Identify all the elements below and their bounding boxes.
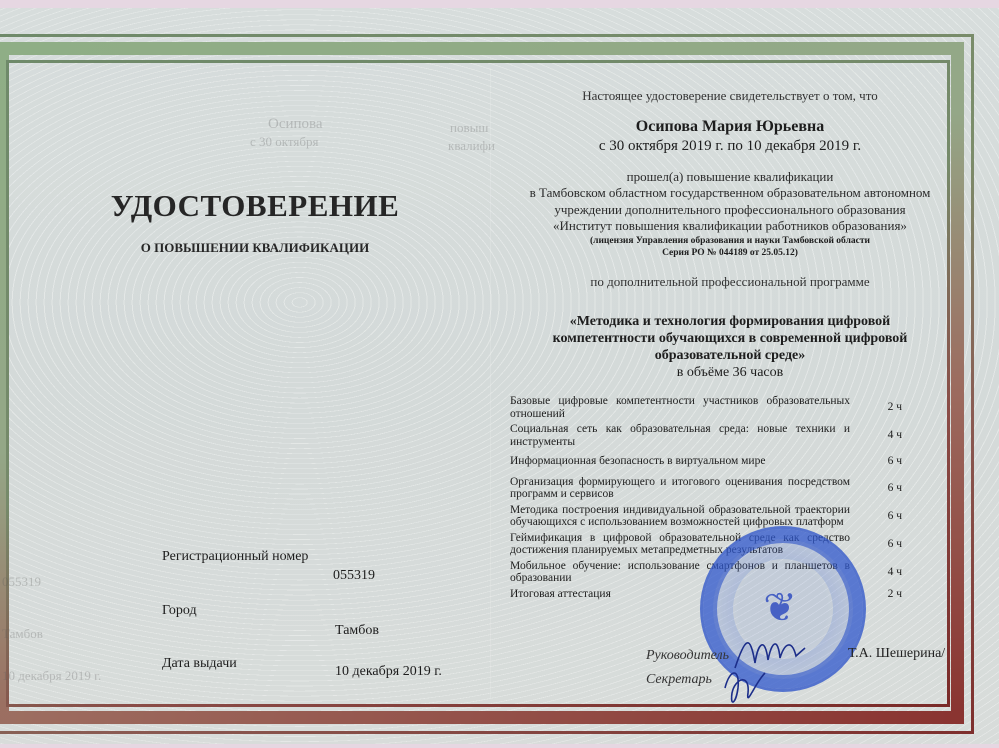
module-name: Социальная сеть как образовательная сред… <box>510 423 850 448</box>
module-hours: 4 ч <box>862 566 910 579</box>
ghost-text: Тамбов <box>2 626 43 642</box>
training-dates: с 30 октября 2019 г. по 10 декабря 2019 … <box>520 138 940 155</box>
registration-label: Регистрационный номер <box>162 549 308 565</box>
ghost-text: квалифи <box>448 138 495 154</box>
module-row: Организация формирующего и итогового оце… <box>510 476 910 501</box>
intro-text: Настоящее удостоверение свидетельствует … <box>520 88 940 104</box>
issue-date-label: Дата выдачи <box>162 656 237 672</box>
city-value: Тамбов <box>335 623 379 639</box>
program-volume: в объёме 36 часов <box>520 365 940 381</box>
module-name: Методика построения индивидуальной образ… <box>510 504 850 529</box>
institution-block: прошел(а) повышение квалификации в Тамбо… <box>480 169 980 235</box>
recipient-name: Осипова Мария Юрьевна <box>520 118 940 136</box>
module-hours: 4 ч <box>862 429 910 442</box>
page-fold <box>490 68 491 698</box>
city-label: Город <box>162 603 197 619</box>
module-hours: 2 ч <box>862 401 910 414</box>
certificate-subtitle: О ПОВЫШЕНИИ КВАЛИФИКАЦИИ <box>100 240 410 256</box>
module-hours: 6 ч <box>862 538 910 551</box>
ghost-text: 10 декабря 2019 г. <box>2 668 101 684</box>
module-row: Базовые цифровые компетентности участник… <box>510 395 910 420</box>
module-name: Информационная безопасность в виртуально… <box>510 455 850 468</box>
passed-text: прошел(а) повышение квалификации <box>480 169 980 185</box>
license-line: Серия РО № 044189 от 25.05.12) <box>480 247 980 259</box>
module-row: Информационная безопасность в виртуально… <box>510 455 910 468</box>
institution-line: в Тамбовском областном государственном о… <box>480 185 980 201</box>
institution-line: учреждении дополнительного профессиональ… <box>480 202 980 218</box>
module-row: Методика построения индивидуальной образ… <box>510 504 910 529</box>
secretary-signature-icon <box>720 663 770 713</box>
ghost-text: 055319 <box>2 574 41 590</box>
program-title: «Методика и технология формирования цифр… <box>520 313 940 364</box>
program-intro: по дополнительной профессиональной прогр… <box>520 274 940 290</box>
head-name: Т.А. Шешерина/ <box>848 646 945 662</box>
institution-line: «Институт повышения квалификации работни… <box>480 218 980 234</box>
module-hours: 6 ч <box>862 510 910 523</box>
head-label: Руководитель <box>646 648 729 664</box>
ghost-text: с 30 октября <box>250 134 319 150</box>
ghost-text: Осипова <box>268 116 323 133</box>
license-block: (лицензия Управления образования и науки… <box>480 235 980 259</box>
issue-date-value: 10 декабря 2019 г. <box>335 664 442 680</box>
module-name: Организация формирующего и итогового оце… <box>510 476 850 501</box>
module-hours: 6 ч <box>862 455 910 468</box>
module-hours: 6 ч <box>862 482 910 495</box>
module-row: Социальная сеть как образовательная сред… <box>510 423 910 448</box>
certificate-title: УДОСТОВЕРЕНИЕ <box>100 188 410 224</box>
secretary-label: Секретарь <box>646 672 712 688</box>
ghost-text: повыш <box>450 120 488 136</box>
registration-number: 055319 <box>333 568 375 584</box>
module-name: Базовые цифровые компетентности участник… <box>510 395 850 420</box>
module-hours: 2 ч <box>862 588 910 601</box>
module-row: Геймификация в цифровой образовательной … <box>510 532 910 557</box>
certificate-sheet: Осипова с 30 октября повыш квалифи УДОСТ… <box>0 8 999 744</box>
license-line: (лицензия Управления образования и науки… <box>480 235 980 247</box>
